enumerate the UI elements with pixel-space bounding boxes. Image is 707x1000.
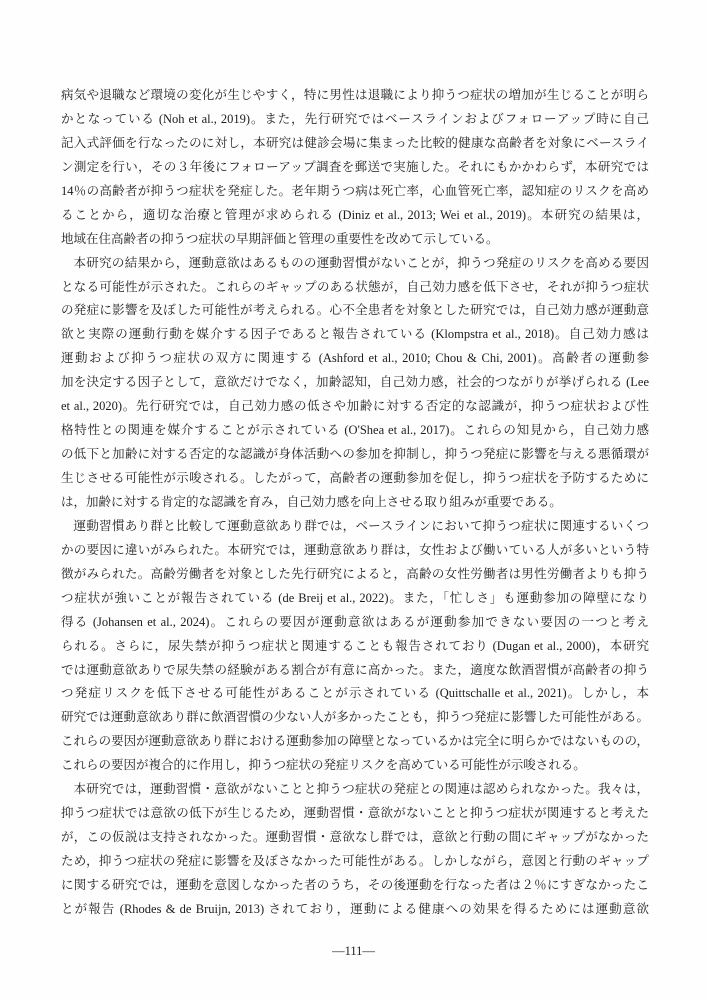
text-line: は，加齢に対する肯定的な認識を育み，自己効力感を向上させる取り組みが重要である。	[61, 491, 649, 515]
text-line: 欲と実際の運動行動を媒介する因子であると報告されている (Klompstra e…	[61, 323, 649, 347]
text-line: 記入式評価を行なったのに対し，本研究は健診会場に集まった比較的健康な高齢者を対象…	[61, 132, 649, 156]
text-line: 加を決定する因子として，意欲だけでなく，加齢認知，自己効力感，社会的つながりが挙…	[61, 371, 649, 395]
text-line: 研究では運動意欲あり群に飲酒習慣の少ない人が多かったことも，抑うつ発症に影響した…	[61, 706, 649, 730]
text-line: 病気や退職など環境の変化が生じやすく，特に男性は退職により抑うつ症状の増加が生じ…	[61, 84, 649, 108]
text-line: ることから，適切な治療と管理が求められる (Diniz et al., 2013…	[61, 204, 649, 228]
text-line: の発症に影響を及ぼした可能性が考えられる。心不全患者を対象とした研究では，自己効…	[61, 299, 649, 323]
text-line: られる。さらに，尿失禁が抑うつ症状と関連することも報告されており (Dugan …	[61, 635, 649, 659]
text-line: 運動および抑うつ症状の双方に関連する (Ashford et al., 2010…	[61, 347, 649, 371]
text-line: とが報告 (Rhodes & de Bruijn, 2013) されており，運動…	[61, 898, 649, 922]
document-page: 病気や退職など環境の変化が生じやすく，特に男性は退職により抑うつ症状の増加が生じ…	[0, 0, 707, 1000]
text-line: 格特性との関連を媒介することが示されている (O'Shea et al., 20…	[61, 419, 649, 443]
text-line: つ発症リスクを低下させる可能性があることが示されている (Quittschall…	[61, 682, 649, 706]
text-line: 地域在住高齢者の抑うつ症状の早期評価と管理の重要性を改めて示している。	[61, 228, 649, 252]
text-line: 14％の高齢者が抑うつ症状を発症した。老年期うつ病は死亡率，心血管死亡率，認知症…	[61, 180, 649, 204]
text-line: かとなっている (Noh et al., 2019)。また，先行研究ではベースラ…	[61, 108, 649, 132]
text-line: 得る (Johansen et al., 2024)。これらの要因が運動意欲はあ…	[61, 611, 649, 635]
text-line: 本研究の結果から，運動意欲はあるものの運動習慣がないことが，抑うつ発症のリスクを…	[61, 252, 649, 276]
text-line: これらの要因が複合的に作用し，抑うつ症状の発症リスクを高めている可能性が示唆され…	[61, 754, 649, 778]
text-line: の低下と加齢に対する否定的な認識が身体活動への参加を抑制し，抑うつ発症に影響を与…	[61, 443, 649, 467]
text-line: では運動意欲ありで尿失禁の経験がある割合が有意に高かった。また，適度な飲酒習慣が…	[61, 659, 649, 683]
text-line: 本研究では，運動習慣・意欲がないことと抑うつ症状の発症との関連は認められなかった…	[61, 778, 649, 802]
text-line: かの要因に違いがみられた。本研究では，運動意欲あり群は，女性および働いている人が…	[61, 539, 649, 563]
text-line: 徴がみられた。高齢労働者を対象とした先行研究によると，高齢の女性労働者は男性労働…	[61, 563, 649, 587]
text-line: 運動習慣あり群と比較して運動意欲あり群では，ベースラインにおいて抑うつ症状に関連…	[61, 515, 649, 539]
page-number: ―111―	[0, 944, 707, 958]
text-line: となる可能性が示された。これらのギャップのある状態が，自己効力感を低下させ，それ…	[61, 276, 649, 300]
text-line: ン測定を行い，その３年後にフォローアップ調査を郵送で実施した。それにもかかわらず…	[61, 156, 649, 180]
text-line: et al., 2020)。先行研究では，自己効力感の低さや加齢に対する否定的な…	[61, 395, 649, 419]
text-line: 抑うつ症状では意欲の低下が生じるため，運動習慣・意欲がないことと抑うつ症状が関連…	[61, 802, 649, 826]
text-line: に関する研究では，運動を意図しなかった者のうち，その後運動を行なった者は２％にす…	[61, 874, 649, 898]
text-line: つ症状が強いことが報告されている (de Breij et al., 2022)…	[61, 587, 649, 611]
text-line: が，この仮説は支持されなかった。運動習慣・意欲なし群では，意欲と行動の間にギャッ…	[61, 826, 649, 850]
text-line: 生じさせる可能性が示唆される。したがって，高齢者の運動参加を促し，抑うつ症状を予…	[61, 467, 649, 491]
text-line: ため，抑うつ症状の発症に影響を及ぼさなかった可能性がある。しかしながら，意図と行…	[61, 850, 649, 874]
body-text: 病気や退職など環境の変化が生じやすく，特に男性は退職により抑うつ症状の増加が生じ…	[61, 84, 649, 922]
text-line: これらの要因が運動意欲あり群における運動参加の障壁となっているかは完全に明らかで…	[61, 730, 649, 754]
